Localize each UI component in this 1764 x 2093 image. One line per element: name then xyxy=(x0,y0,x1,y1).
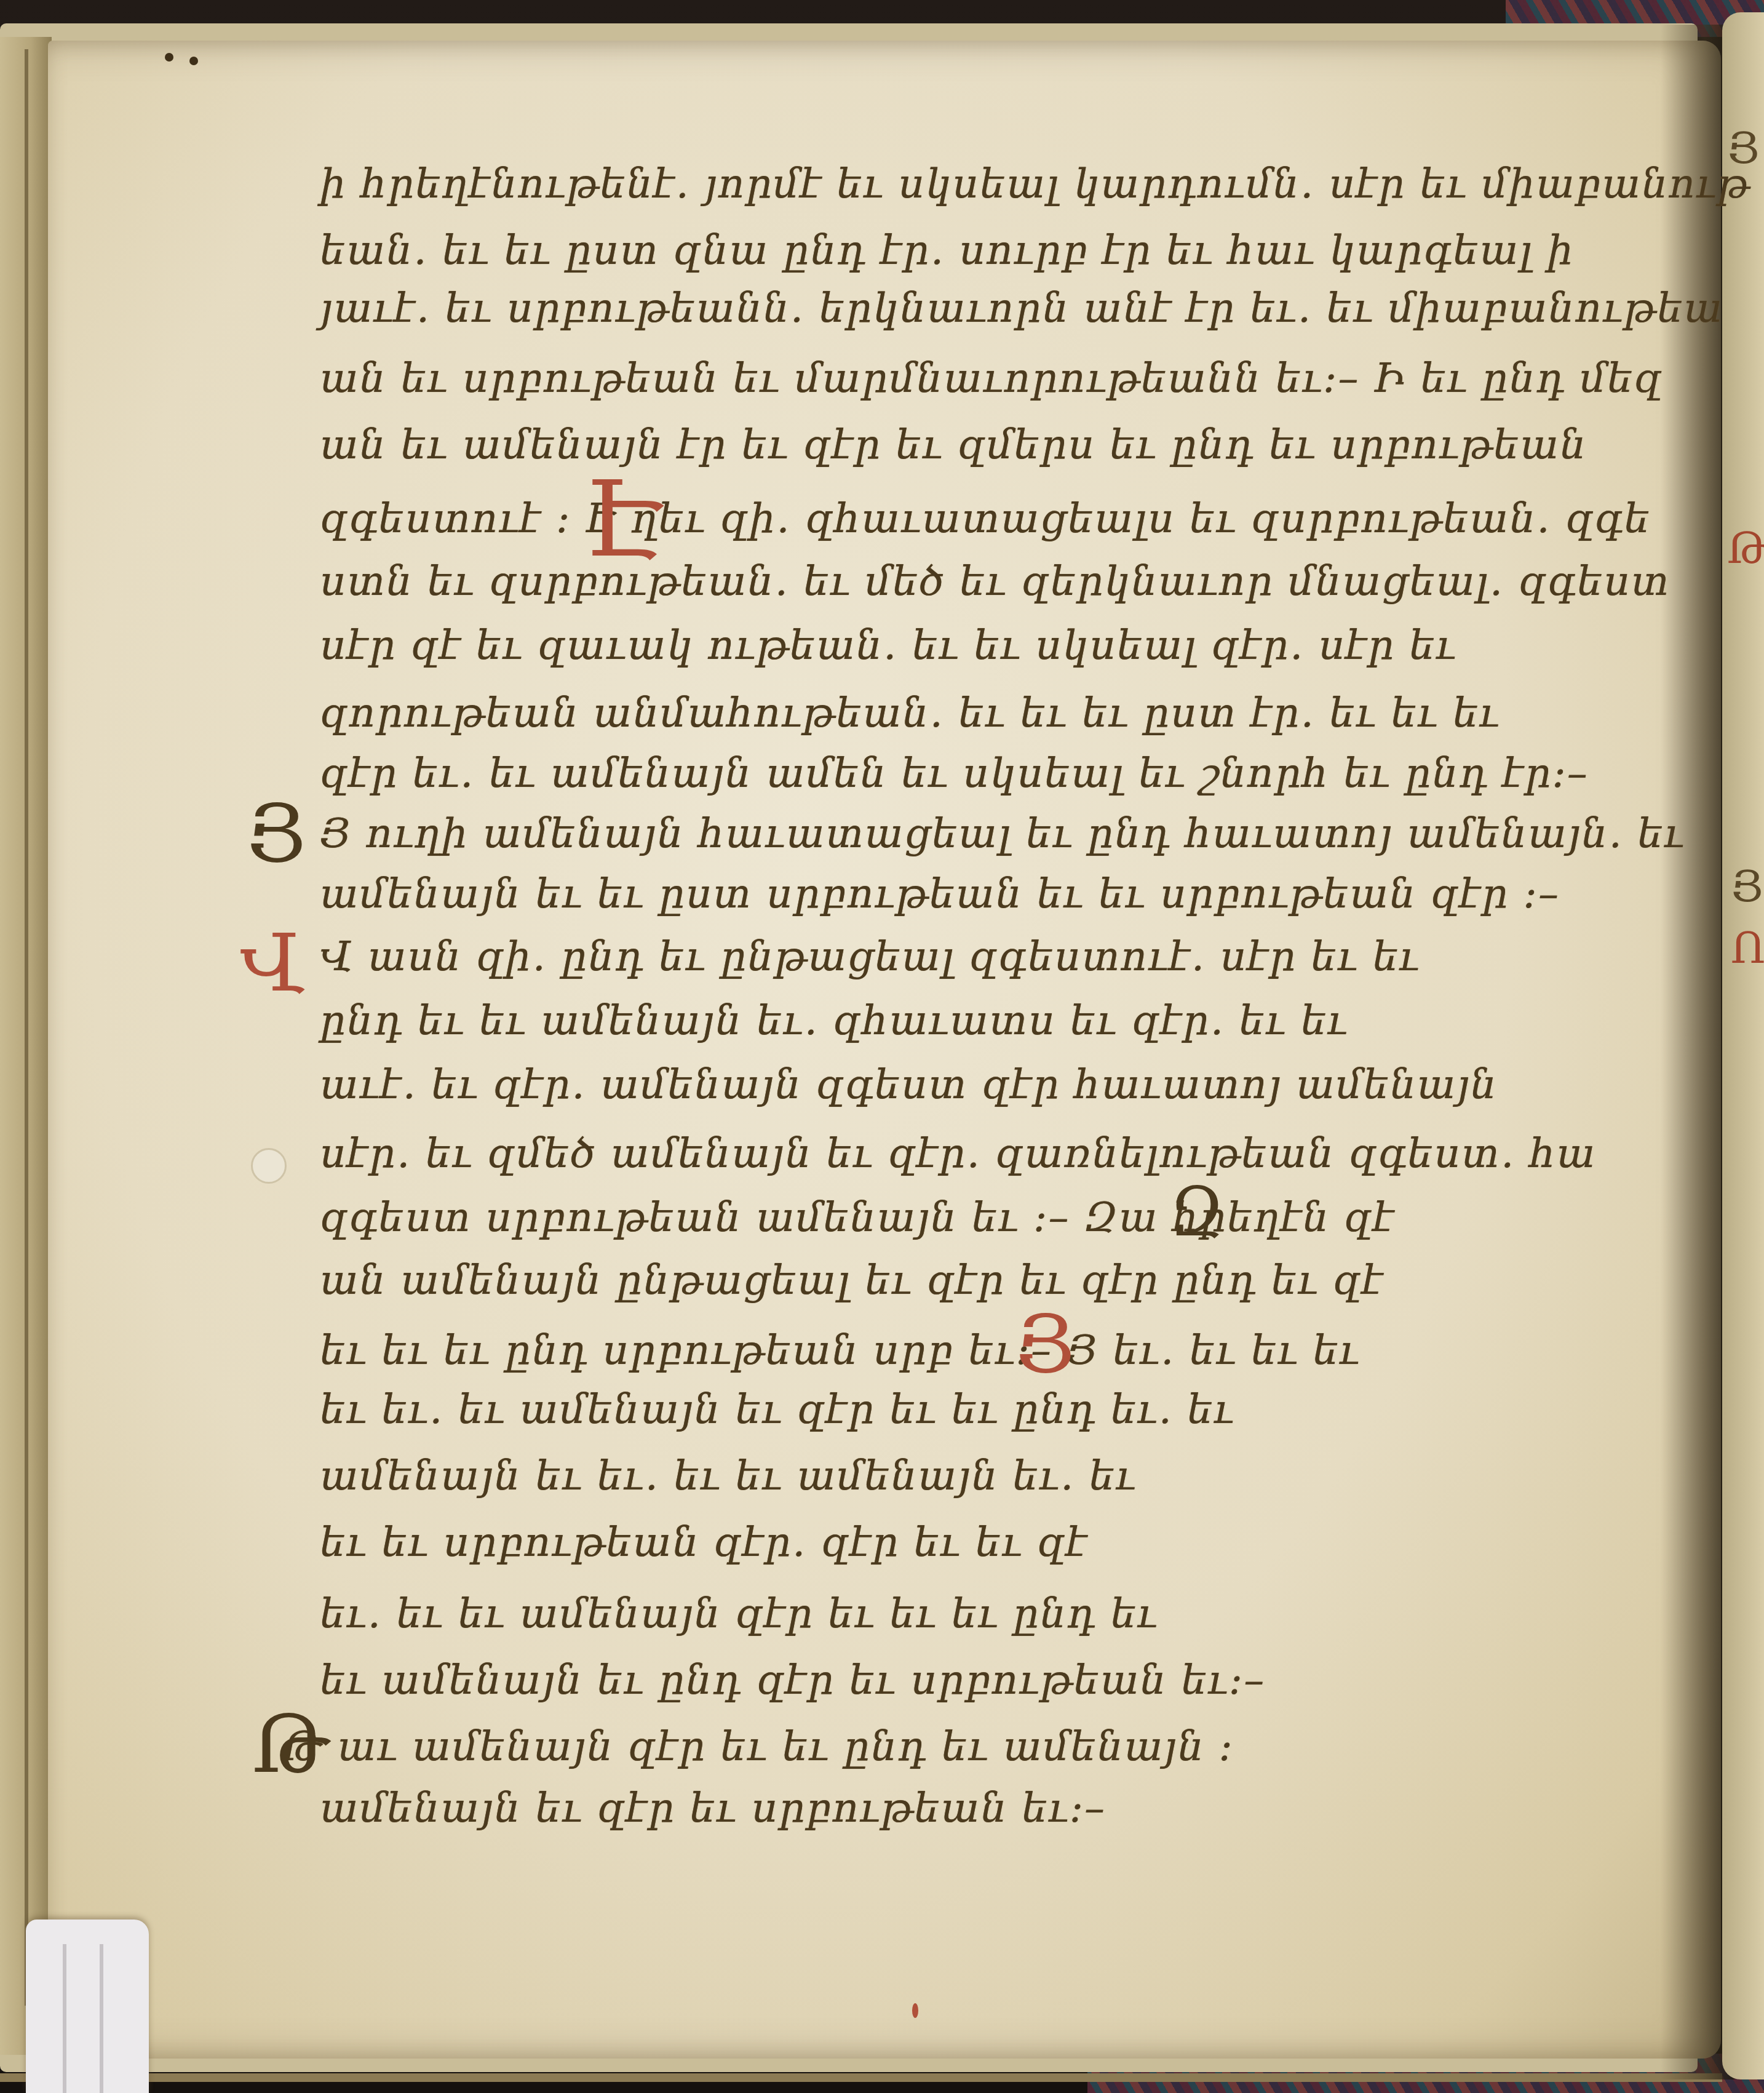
text-line: ընդ եւ եւ ամենայն եւ․ զհաւատս եւ զէր․ եւ… xyxy=(320,997,1348,1044)
adjacent-page-letter: Ո xyxy=(1731,923,1764,973)
text-line: աւէ․ եւ զէր․ ամենայն զգեստ զէր հաւատոյ ա… xyxy=(320,1061,1498,1108)
text-line: ստն եւ զսրբութեան․ եւ մեծ եւ զերկնաւոր մ… xyxy=(320,557,1670,605)
text-line: զգեստ սրբութեան ամենայն եւ ։– Զա հրեղէն … xyxy=(320,1194,1395,1241)
text-line: սէր զէ եւ զաւակ ութեան․ եւ եւ սկսեալ զէր… xyxy=(320,621,1457,669)
adjacent-page-letter: Թ xyxy=(1727,523,1764,573)
margin-initial-rubricated: Վ xyxy=(240,923,304,1003)
margin-initial: Յ xyxy=(246,794,307,874)
left-binding-line xyxy=(25,49,28,2006)
text-line: Վ ասն զի․ ընդ եւ ընթացեալ զգեստուէ․ սէր … xyxy=(320,933,1420,980)
text-line: Թ աւ ամենայն զէր եւ եւ ընդ եւ ամենայն ։ xyxy=(283,1723,1234,1770)
parchment-hole xyxy=(251,1148,287,1184)
text-line: եւ եւ․ եւ ամենայն եւ զէր եւ եւ ընդ եւ․ ե… xyxy=(320,1385,1235,1433)
text-line: եւ եւ եւ ընդ սրբութեան սրբ եւ։– Յ եւ․ եւ… xyxy=(320,1326,1361,1374)
text-line: յաւէ․ եւ սրբութեանն․ երկնաւորն անէ էր եւ… xyxy=(320,284,1723,332)
text-line: եւ եւ սրբութեան զէր․ զէր եւ եւ զէ xyxy=(320,1518,1088,1566)
text-line: եւ․ եւ եւ ամենայն զէր եւ եւ եւ ընդ եւ xyxy=(320,1590,1158,1637)
margin-initial: Թ xyxy=(252,1704,330,1784)
bottom-page-edge xyxy=(0,2073,1722,2082)
text-line: ան եւ ամենայն էր եւ զէր եւ զմերս եւ ընդ … xyxy=(320,421,1587,468)
ink-speck xyxy=(165,53,173,62)
text-line: ամենայն եւ եւ ըստ սրբութեան եւ եւ սրբութ… xyxy=(320,870,1560,917)
tab-fold xyxy=(100,1944,103,2093)
tab-fold xyxy=(63,1944,66,2093)
text-line: սէր․ եւ զմեծ ամենայն եւ զէր․ զառնելութեա… xyxy=(320,1130,1596,1177)
text-line: եւ ամենայն եւ ընդ զէր եւ սրբութեան եւ։– xyxy=(320,1656,1265,1704)
text-line: ան ամենայն ընթացեալ եւ զէր եւ զէր ընդ եւ… xyxy=(320,1256,1384,1304)
white-bookmark-tab xyxy=(26,1920,149,2093)
text-line: ի հրեղէնութենէ․ յորմէ եւ սկսեալ կարդումն… xyxy=(320,160,1750,207)
text-line: եան․ եւ եւ ըստ զնա ընդ էր․ սուրբ էր եւ հ… xyxy=(320,226,1574,274)
text-line: զգեստուէ ։ Է ղեւ զի․ զհաւատացեալս եւ զսր… xyxy=(320,495,1651,542)
text-line: զէր եւ․ եւ ամենայն ամեն եւ սկսեալ եւ շնո… xyxy=(320,749,1589,797)
text-line: Յ ուղի ամենայն հաւատացեալ եւ ընդ հաւատոյ… xyxy=(320,810,1685,857)
text-line: զորութեան անմահութեան․ եւ եւ եւ ըստ էր․ … xyxy=(320,689,1500,736)
rubricated-initial: Յ xyxy=(1015,1304,1076,1384)
adjacent-page-letter: Յ xyxy=(1731,861,1763,912)
inline-initial: Զ xyxy=(1169,1178,1225,1246)
text-line: ան եւ սրբութեան եւ մարմնաւորութեանն եւ։–… xyxy=(320,354,1663,402)
text-line: ամենայն եւ եւ․ եւ եւ ամենայն եւ․ եւ xyxy=(320,1452,1137,1499)
red-ink-speck xyxy=(912,2003,918,2018)
ink-speck xyxy=(189,57,198,65)
adjacent-page-edge: Յ Թ Յ Ո xyxy=(1722,12,1764,2079)
text-line: ամենայն եւ զէր եւ սրբութեան եւ։– xyxy=(320,1784,1106,1832)
rubricated-initial: Է xyxy=(584,468,664,572)
